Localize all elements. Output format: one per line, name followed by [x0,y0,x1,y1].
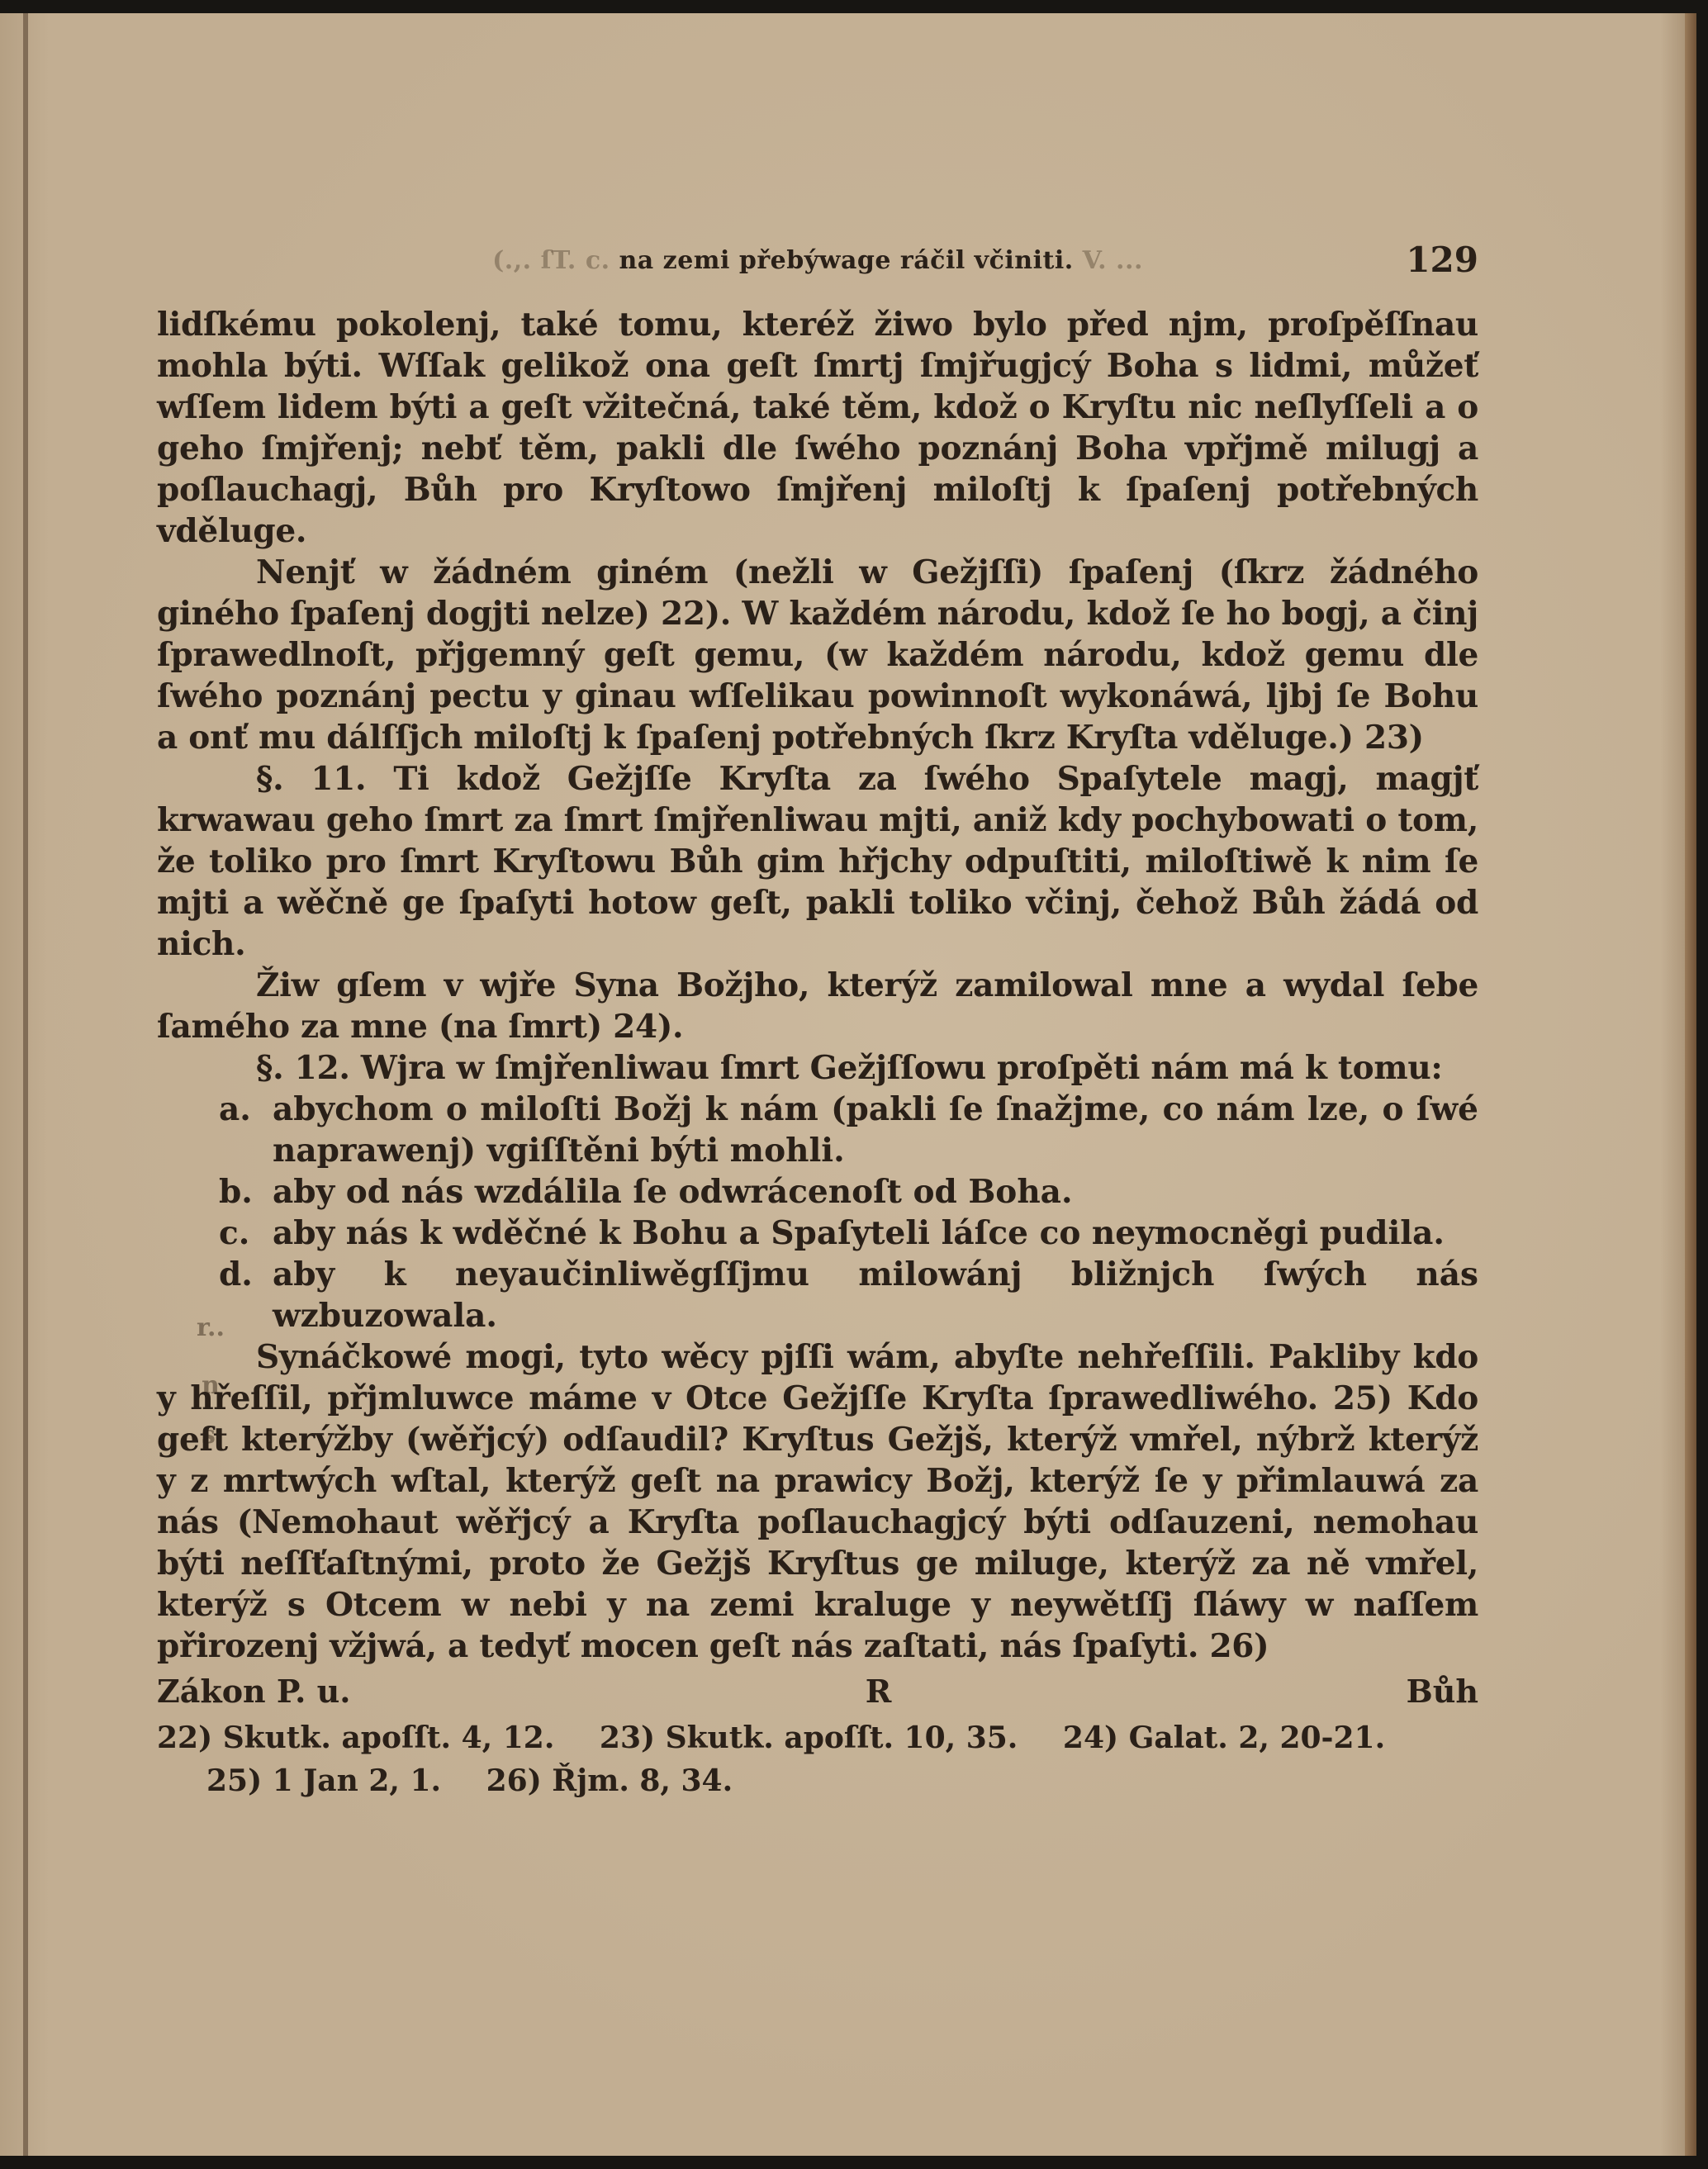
footnote-number: 23) [600,1720,655,1755]
bleed-through-text: V. ... [1083,246,1143,275]
running-title: (.,. ſT. c. na zemi přebýwage ráčil včin… [157,246,1478,275]
footnote-number: 24) [1063,1720,1118,1755]
list-text: aby od nás wzdálila ſe odwrácenoſt od Bo… [273,1171,1478,1213]
bleed-through-text: (.,. ſT. c. [492,246,610,275]
footnote-ref: Řjm. 8, 34. [552,1763,733,1798]
signature-center: R [866,1670,892,1713]
footnote-row: 25) 1 Jan 2, 1. 26) Řjm. 8, 34. [157,1759,1478,1802]
list-text: abychom o miloſti Božj k nám (pakli ſe ſ… [273,1089,1478,1171]
footnote: 22) Skutk. apoſſt. 4, 12. [157,1720,565,1755]
footnote: 25) 1 Jan 2, 1. [206,1763,452,1798]
list-marker: d. [219,1254,273,1336]
binding-gutter [23,13,28,2156]
footnote-number: 25) [206,1763,262,1798]
list-item: c. aby nás k wděčné k Bohu a Spaſyteli l… [219,1213,1478,1254]
footnote-number: 22) [157,1720,212,1755]
footnote-ref: 1 Jan 2, 1. [273,1763,441,1798]
list-item: b. aby od nás wzdálila ſe odwrácenoſt od… [219,1171,1478,1213]
running-head: (.,. ſT. c. na zemi přebýwage ráčil včin… [157,240,1478,289]
footnote-number: 26) [486,1763,542,1798]
enumerated-list: a. abychom o miloſti Božj k nám (pakli ſ… [157,1089,1478,1336]
running-title-text: na zemi přebýwage ráčil včiniti. [619,246,1073,275]
list-item: a. abychom o miloſti Božj k nám (pakli ſ… [219,1089,1478,1171]
page-body: (.,. ſT. c. na zemi přebýwage ráčil včin… [157,240,1478,1802]
quote-paragraph: Žiw gſem v wjře Syna Božjho, kterýž zami… [157,965,1478,1047]
list-item: d. aby k neyaučinliwěgſſjmu milowánj bli… [219,1254,1478,1336]
signature-left: Zákon P. u. [157,1670,351,1713]
page-edge [1685,13,1696,2156]
list-marker: c. [219,1213,273,1254]
closing-paragraph: Synáčkowé mogi, tyto wěcy pjſſi wám, aby… [157,1336,1478,1667]
signature-line: Zákon P. u. R Bůh [157,1670,1478,1713]
footnote-ref: Galat. 2, 20-21. [1129,1720,1386,1755]
list-marker: a. [219,1089,273,1171]
page-number: 129 [1406,240,1478,280]
list-text: aby nás k wděčné k Bohu a Spaſyteli láſc… [273,1213,1478,1254]
list-marker: b. [219,1171,273,1213]
section-12-paragraph: §. 12. Wjra w ſmjřenliwau ſmrt Gežjſſowu… [157,1047,1478,1089]
section-11-paragraph: §. 11. Ti kdož Gežjſſe Kryſta za ſwého S… [157,758,1478,965]
paragraph: lidſkému pokolenj, také tomu, kteréž žiw… [157,304,1478,552]
paragraph: Nenjť w žádném giném (nežli w Gežjſſi) ſ… [157,552,1478,758]
footnote: 24) Galat. 2, 20-21. [1063,1720,1385,1755]
footnote: 26) Řjm. 8, 34. [486,1763,733,1798]
footnotes: 22) Skutk. apoſſt. 4, 12. 23) Skutk. apo… [157,1716,1478,1802]
footnote: 23) Skutk. apoſſt. 10, 35. [600,1720,1028,1755]
footnote-ref: Skutk. apoſſt. 4, 12. [223,1720,555,1755]
footnote-row: 22) Skutk. apoſſt. 4, 12. 23) Skutk. apo… [157,1716,1478,1759]
catchword: Bůh [1407,1670,1478,1713]
list-text: aby k neyaučinliwěgſſjmu milowánj bližnj… [273,1254,1478,1336]
footnote-ref: Skutk. apoſſt. 10, 35. [666,1720,1018,1755]
